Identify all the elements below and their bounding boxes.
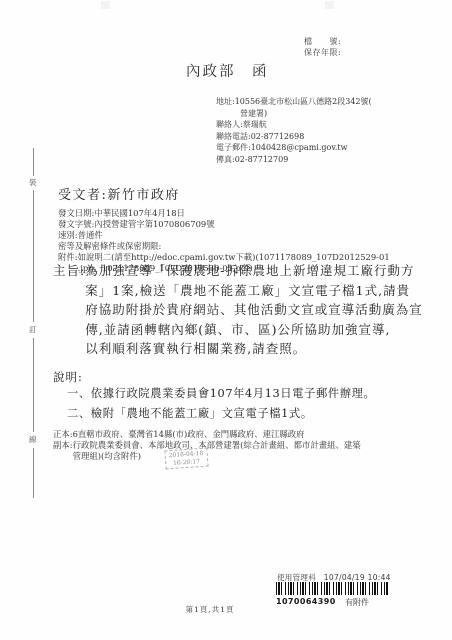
subject-label: 主旨: xyxy=(53,261,85,281)
sender-fax: 傳真:02-87712709 xyxy=(216,154,372,166)
original-copy-label: 正本: xyxy=(53,429,73,440)
official-letter-page: 檔 號: 保存年限: 內政部 函 地址:10556臺北市松山區八德路2段342號… xyxy=(0,0,452,640)
stamp-time: 16:20:17 xyxy=(169,457,204,467)
file-number-block: 檔 號: 保存年限: xyxy=(304,36,341,58)
security-line: 密等及解密條件或保密期限: xyxy=(58,241,390,252)
received-timestamp-stamp: 2018-04-18 16:20:17 xyxy=(164,448,208,470)
cc-copy-recipients: 行政院農業委員會、本部地政司、本部營建署(綜合計畫組、都市計畫組、建築 管理組)… xyxy=(73,440,361,462)
explanation-item-1: 一、依據行政院農業委員會107年4月13日電子郵件辦理。 xyxy=(67,385,375,401)
binding-line-segment xyxy=(33,448,34,498)
document-title: 內政部 函 xyxy=(186,60,269,81)
binding-mark-xian: 線 xyxy=(29,434,37,445)
binding-line-segment xyxy=(33,338,34,432)
priority-line: 速別:普通件 xyxy=(58,230,390,241)
recipient-line: 受文者:新竹市政府 xyxy=(58,184,180,203)
sender-info-block: 地址:10556臺北市松山區八德路2段342號( 營建署) 聯絡人:蔡瑞航 聯絡… xyxy=(216,96,372,166)
scan-registration-mark xyxy=(325,1,334,9)
barcode-number: 1070064390 xyxy=(276,597,336,606)
binding-line-segment xyxy=(33,148,34,176)
explanation-item-2: 二、檢附「農地不能蓋工廠」文宣電子檔1式。 xyxy=(67,405,313,421)
scan-registration-mark xyxy=(101,1,110,9)
retention-period-label: 保存年限: xyxy=(304,47,341,58)
original-copy-line: 正本: 6直轄市政府、臺灣省14縣(市)政府、金門縣政府、連江縣政府 xyxy=(53,429,361,440)
cc-copy-label: 副本: xyxy=(53,440,73,451)
binding-mark-ding: 訂 xyxy=(29,324,37,335)
binding-mark-zhuang: 裝 xyxy=(29,177,37,188)
attachment-flag: 有附件 xyxy=(345,597,369,608)
file-number-label: 檔 號: xyxy=(304,36,341,47)
page-number-footer: 第1頁,共1頁 xyxy=(150,604,270,615)
issue-date-line: 發文日期:中華民國107年4月18日 xyxy=(58,208,390,219)
explanation-label: 說明: xyxy=(53,369,83,385)
binding-line-segment xyxy=(33,190,34,322)
sender-phone: 聯絡電話:02-87712698 xyxy=(216,131,372,143)
doc-number-line: 發文字號:內授營建管字第1070806709號 xyxy=(58,219,390,230)
subject-text: 為加強宣導「保護農地-拆除農地上新增違規工廠行動方 案」1案,檢送「農地不能蓋工… xyxy=(85,261,423,359)
barcode xyxy=(276,582,389,595)
sender-address: 地址:10556臺北市松山區八德路2段342號( 營建署) xyxy=(216,96,372,119)
sender-email: 電子郵件:1040428@cpami.gov.tw xyxy=(216,142,372,154)
subject-block: 主旨: 為加強宣導「保護農地-拆除農地上新增違規工廠行動方 案」1案,檢送「農地… xyxy=(53,261,423,359)
original-copy-recipients: 6直轄市政府、臺灣省14縣(市)政府、金門縣政府、連江縣政府 xyxy=(73,429,305,440)
sender-contact: 聯絡人:蔡瑞航 xyxy=(216,119,372,131)
